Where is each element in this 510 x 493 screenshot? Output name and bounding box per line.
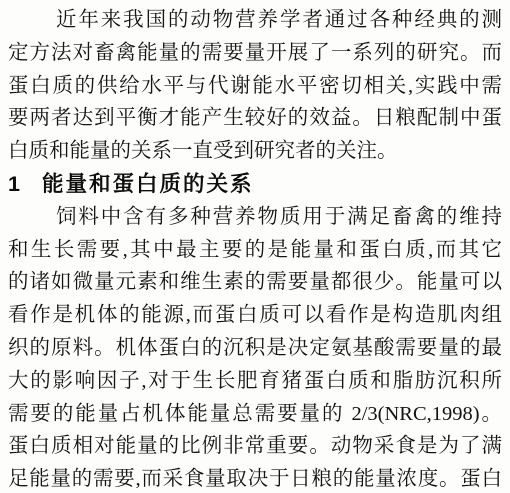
section-number: 1 (8, 168, 20, 201)
section-title: 能量和蛋白质的关系 (42, 172, 254, 196)
text-line: 的诸如微量元素和维生素的需要量都很少。能量可以 (8, 266, 502, 299)
text-line: 蛋白质相对能量的比例非常重要。动物采食是为了满 (8, 430, 502, 463)
document-page: 近年来我国的动物营养学者通过各种经典的测 定方法对畜禽能量的需要量开展了一系列的… (0, 0, 510, 493)
text-line: 定方法对畜禽能量的需要量开展了一系列的研究。而 (8, 37, 502, 70)
text-line: 看作是机体的能源,而蛋白质可以看作是构造肌肉组 (8, 299, 502, 332)
text-line: 饲料中含有多种营养物质用于满足畜禽的维持 (8, 201, 502, 234)
text-line: 足能量的需要,而采食量取决于日粮的能量浓度。蛋白 (8, 463, 502, 493)
text-line: 白质和能量的关系一直受到研究者的关注。 (8, 135, 502, 168)
section-heading: 1能量和蛋白质的关系 (8, 168, 502, 201)
text-line: 大的影响因子,对于生长肥育猪蛋白质和脂肪沉积所 (8, 365, 502, 398)
text-line: 蛋白质的供给水平与代谢能水平密切相关,实践中需 (8, 70, 502, 103)
text-line: 近年来我国的动物营养学者通过各种经典的测 (8, 4, 502, 37)
text-line: 要两者达到平衡才能产生较好的效益。日粮配制中蛋 (8, 102, 502, 135)
text-line: 需要的能量占机体能量总需要量的 2/3(NRC,1998)。 (8, 398, 502, 431)
text-line: 和生长需要,其中最主要的是能量和蛋白质,而其它 (8, 234, 502, 267)
text-line: 织的原料。机体蛋白的沉积是决定氨基酸需要量的最 (8, 332, 502, 365)
